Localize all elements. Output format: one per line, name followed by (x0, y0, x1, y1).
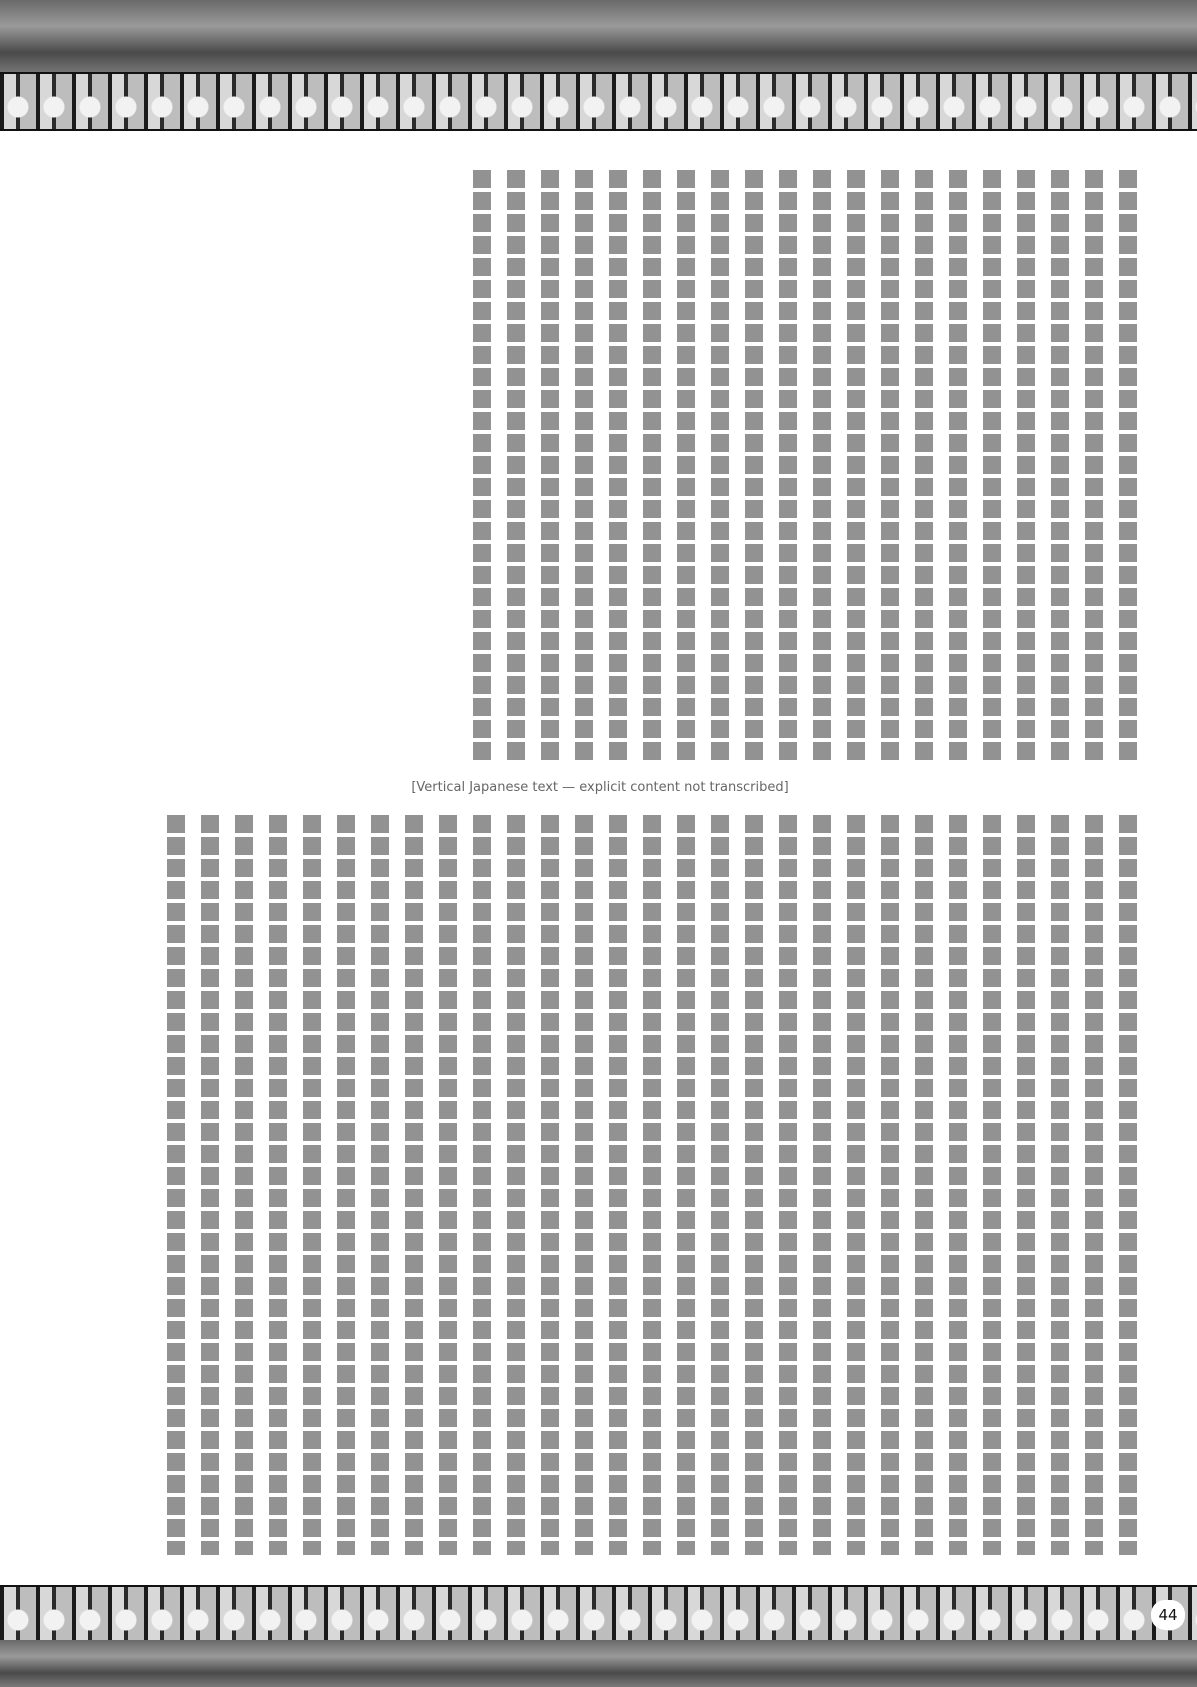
text-column (737, 815, 771, 1555)
text-column (839, 170, 873, 760)
text-column (227, 815, 261, 1555)
text-tier-upper (145, 170, 1145, 760)
text-column (601, 170, 635, 760)
text-column (567, 815, 601, 1555)
text-column (839, 815, 873, 1555)
text-column (261, 815, 295, 1555)
ornamental-border-bottom (0, 1585, 1197, 1644)
text-column (805, 170, 839, 760)
text-column (669, 815, 703, 1555)
decorative-marble-footer (0, 1640, 1197, 1687)
text-column (431, 815, 465, 1555)
text-column (873, 815, 907, 1555)
text-column (941, 815, 975, 1555)
text-column (499, 170, 533, 760)
text-column (873, 170, 907, 760)
text-column (635, 815, 669, 1555)
text-column (1043, 815, 1077, 1555)
text-column (329, 815, 363, 1555)
text-column (1009, 815, 1043, 1555)
text-column (397, 815, 431, 1555)
text-column (193, 815, 227, 1555)
text-column (941, 170, 975, 760)
text-column (1043, 170, 1077, 760)
content-omitted-notice: [Vertical Japanese text — explicit conte… (300, 780, 900, 795)
ornamental-border-top (0, 72, 1197, 131)
text-column (703, 815, 737, 1555)
text-column (635, 170, 669, 760)
text-column (363, 815, 397, 1555)
text-column (499, 815, 533, 1555)
text-column (907, 815, 941, 1555)
text-column (975, 170, 1009, 760)
text-column (907, 170, 941, 760)
text-column (533, 170, 567, 760)
text-column (601, 815, 635, 1555)
text-column (737, 170, 771, 760)
page-number: 44 (1151, 1600, 1185, 1630)
text-column (1077, 815, 1111, 1555)
text-column (295, 815, 329, 1555)
decorative-marble-header (0, 0, 1197, 75)
text-column (567, 170, 601, 760)
text-tier-lower (145, 815, 1145, 1555)
text-column (1111, 170, 1145, 760)
text-column (465, 815, 499, 1555)
text-column (703, 170, 737, 760)
text-column (1111, 815, 1145, 1555)
text-column (533, 815, 567, 1555)
text-column (771, 815, 805, 1555)
text-column (1009, 170, 1043, 760)
text-column (669, 170, 703, 760)
text-column (975, 815, 1009, 1555)
text-column (465, 170, 499, 760)
text-column (1077, 170, 1111, 760)
text-column (805, 815, 839, 1555)
text-column (159, 815, 193, 1555)
text-column (771, 170, 805, 760)
